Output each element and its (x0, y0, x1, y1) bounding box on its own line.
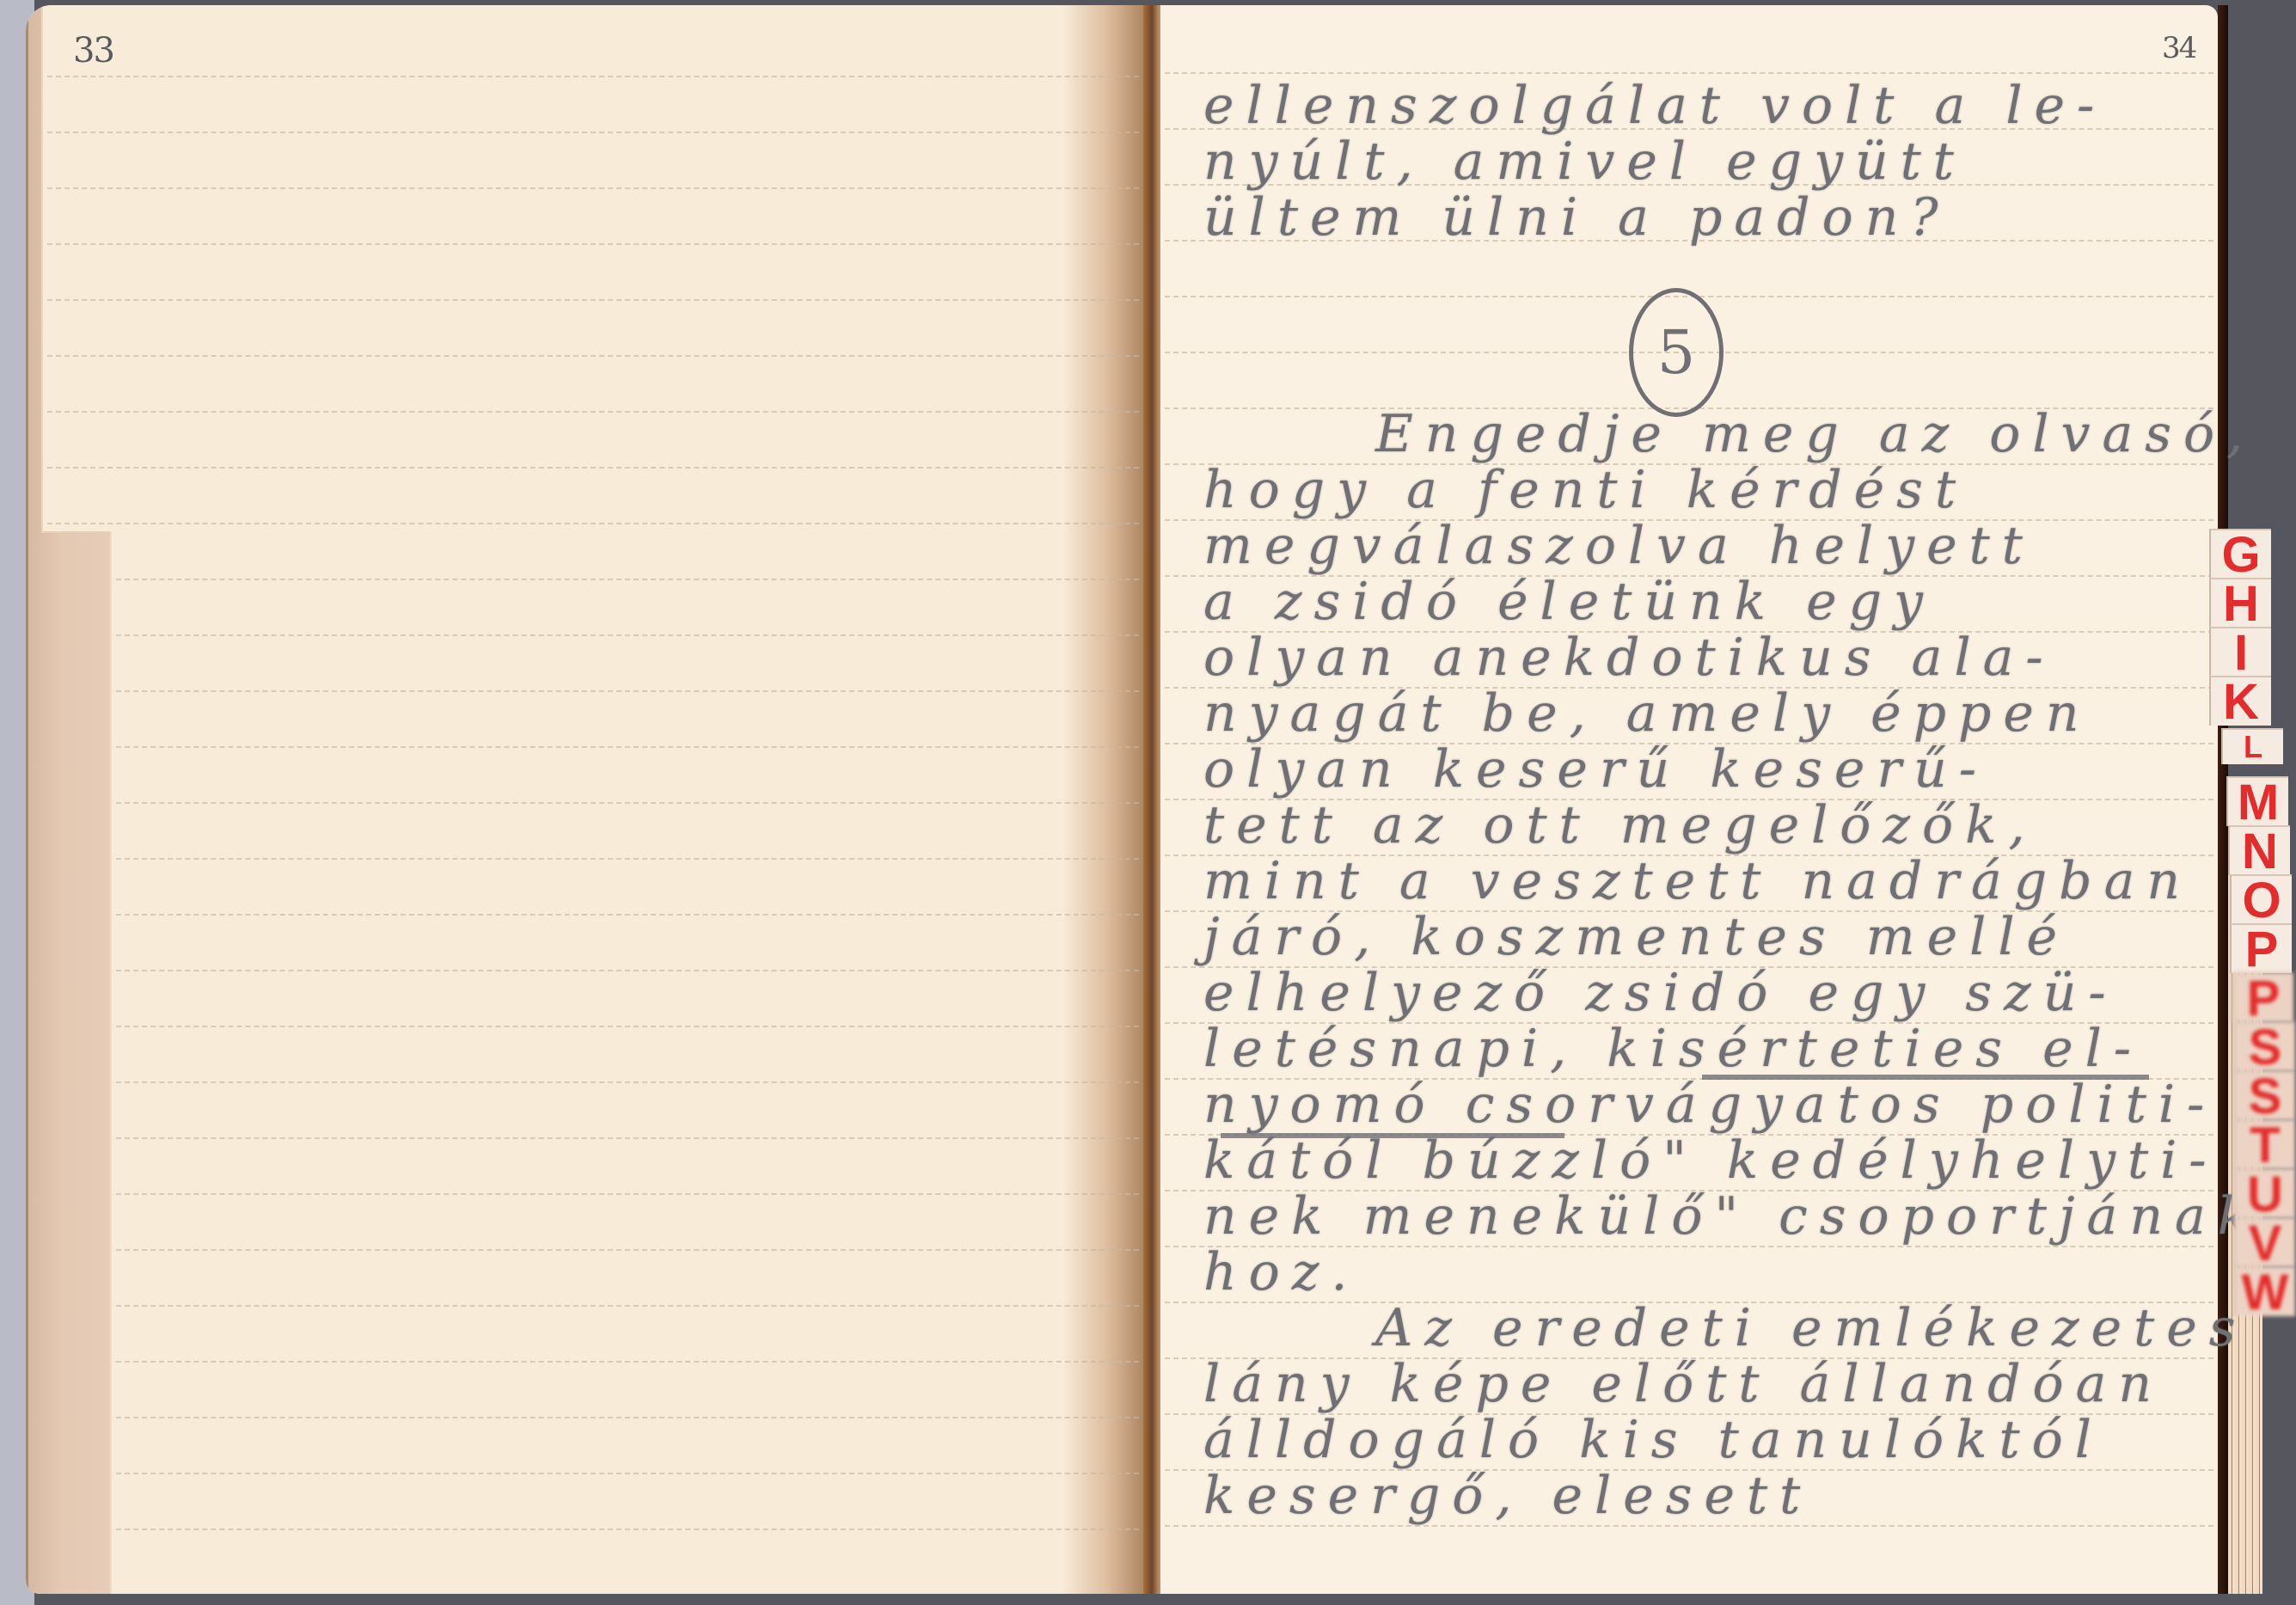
section-number: 5 (1657, 317, 1696, 388)
hw-line-5: Engedje meg az olvasó, (1375, 404, 2255, 464)
circled-section-number: 5 (1629, 288, 1724, 417)
ruled-line (116, 690, 1139, 692)
ruled-line (116, 746, 1139, 748)
ruled-line (47, 76, 1139, 77)
hw-line-3: ültem ülni a padon? (1203, 187, 1950, 248)
ruled-line (1165, 72, 2213, 74)
ruled-line (116, 1417, 1139, 1418)
spine (1143, 5, 1160, 1594)
hw-line-11: olyan keserű keserű- (1203, 739, 1988, 799)
ruled-line (47, 355, 1139, 357)
index-tab-p[interactable]: P (2230, 923, 2292, 973)
index-tab-v[interactable]: V (2233, 1217, 2295, 1267)
hw-line-13: mint a vesztett nadrágban (1203, 851, 2192, 911)
left-page-top-flap (41, 5, 1143, 533)
index-tab-n[interactable]: N (2228, 825, 2290, 875)
ruled-line (116, 858, 1139, 860)
hw-line-19: nek menekülő" csoportjának- (1203, 1186, 2289, 1247)
hw-line-14: járó, koszmentes mellé (1203, 907, 2069, 967)
index-tab-l[interactable]: L (2221, 728, 2283, 764)
ruled-line (47, 411, 1139, 413)
hw-line-22: lány képe előtt állandóan (1203, 1354, 2164, 1414)
ruled-line (116, 1305, 1139, 1307)
index-tab-s2[interactable]: S (2233, 1070, 2295, 1120)
strikethrough-mark-2 (1221, 1133, 1564, 1138)
hw-line-6: hogy a fenti kérdést (1203, 460, 1968, 520)
hw-line-23: álldogáló kis tanulóktól (1203, 1410, 2103, 1470)
ruled-line (116, 1361, 1139, 1363)
index-tab-s[interactable]: S (2233, 1021, 2295, 1071)
hw-line-1: ellenszolgálat volt a le- (1203, 76, 2106, 136)
ruled-line (47, 243, 1139, 245)
ruled-line (116, 1473, 1139, 1474)
ruled-line (116, 1249, 1139, 1251)
ruled-line (116, 1193, 1139, 1195)
hw-line-2: nyúlt, amivel együtt (1203, 132, 1966, 192)
ruled-line (116, 802, 1139, 804)
index-tab-k[interactable]: K (2209, 676, 2271, 726)
ruled-line (116, 1026, 1139, 1027)
ruled-line (47, 299, 1139, 301)
index-tab-t[interactable]: T (2233, 1119, 2295, 1169)
page-number-right: 34 (2162, 31, 2195, 65)
ruled-line (116, 1081, 1139, 1083)
hw-line-20: hoz. (1203, 1242, 1359, 1302)
ruled-line (116, 914, 1139, 916)
hw-line-21: Az eredeti emlékezetes (1375, 1298, 2248, 1358)
index-tab-u[interactable]: U (2233, 1168, 2295, 1218)
hw-line-15: elhelyező zsidó egy szü- (1203, 963, 2118, 1023)
ruled-line (47, 523, 1139, 524)
hw-line-24: kesergő, elesett (1203, 1466, 1812, 1526)
index-tab-w[interactable]: W (2233, 1266, 2295, 1316)
index-tab-i[interactable]: I (2209, 627, 2271, 677)
ruled-line (116, 634, 1139, 636)
index-tab-g[interactable]: G (2209, 529, 2271, 579)
index-tab-h[interactable]: H (2209, 578, 2271, 628)
ruled-line (47, 187, 1139, 189)
ruled-line (47, 467, 1139, 469)
ruled-line (116, 579, 1139, 580)
hw-line-10: nyagát be, amely éppen (1203, 683, 2091, 744)
ruled-line (116, 1137, 1139, 1139)
hw-line-12: tett az ott megelőzők, (1203, 795, 2037, 855)
hw-line-9: olyan anekdotikus ala- (1203, 628, 2055, 688)
index-tab-o[interactable]: O (2230, 874, 2292, 924)
page-number-left: 33 (73, 31, 113, 70)
ruled-line (116, 970, 1139, 971)
index-tab-m[interactable]: M (2226, 776, 2288, 826)
hw-line-7: megválaszolva helyett (1203, 516, 2035, 576)
left-page: 33 (26, 5, 1143, 1594)
hw-line-16: letésnapi, kisérteties el- (1203, 1019, 2143, 1079)
ruled-line (47, 132, 1139, 133)
ruled-line (116, 1528, 1139, 1530)
hw-line-8: a zsidó életünk egy (1203, 572, 1935, 632)
hw-line-18: kától búzzló" kedélyhelyti- (1203, 1130, 2219, 1191)
index-tab-p2[interactable]: P (2232, 972, 2293, 1022)
hw-line-17: nyomó csorvágyatos politi- (1203, 1075, 2216, 1135)
strikethrough-mark-1 (1702, 1075, 2149, 1080)
